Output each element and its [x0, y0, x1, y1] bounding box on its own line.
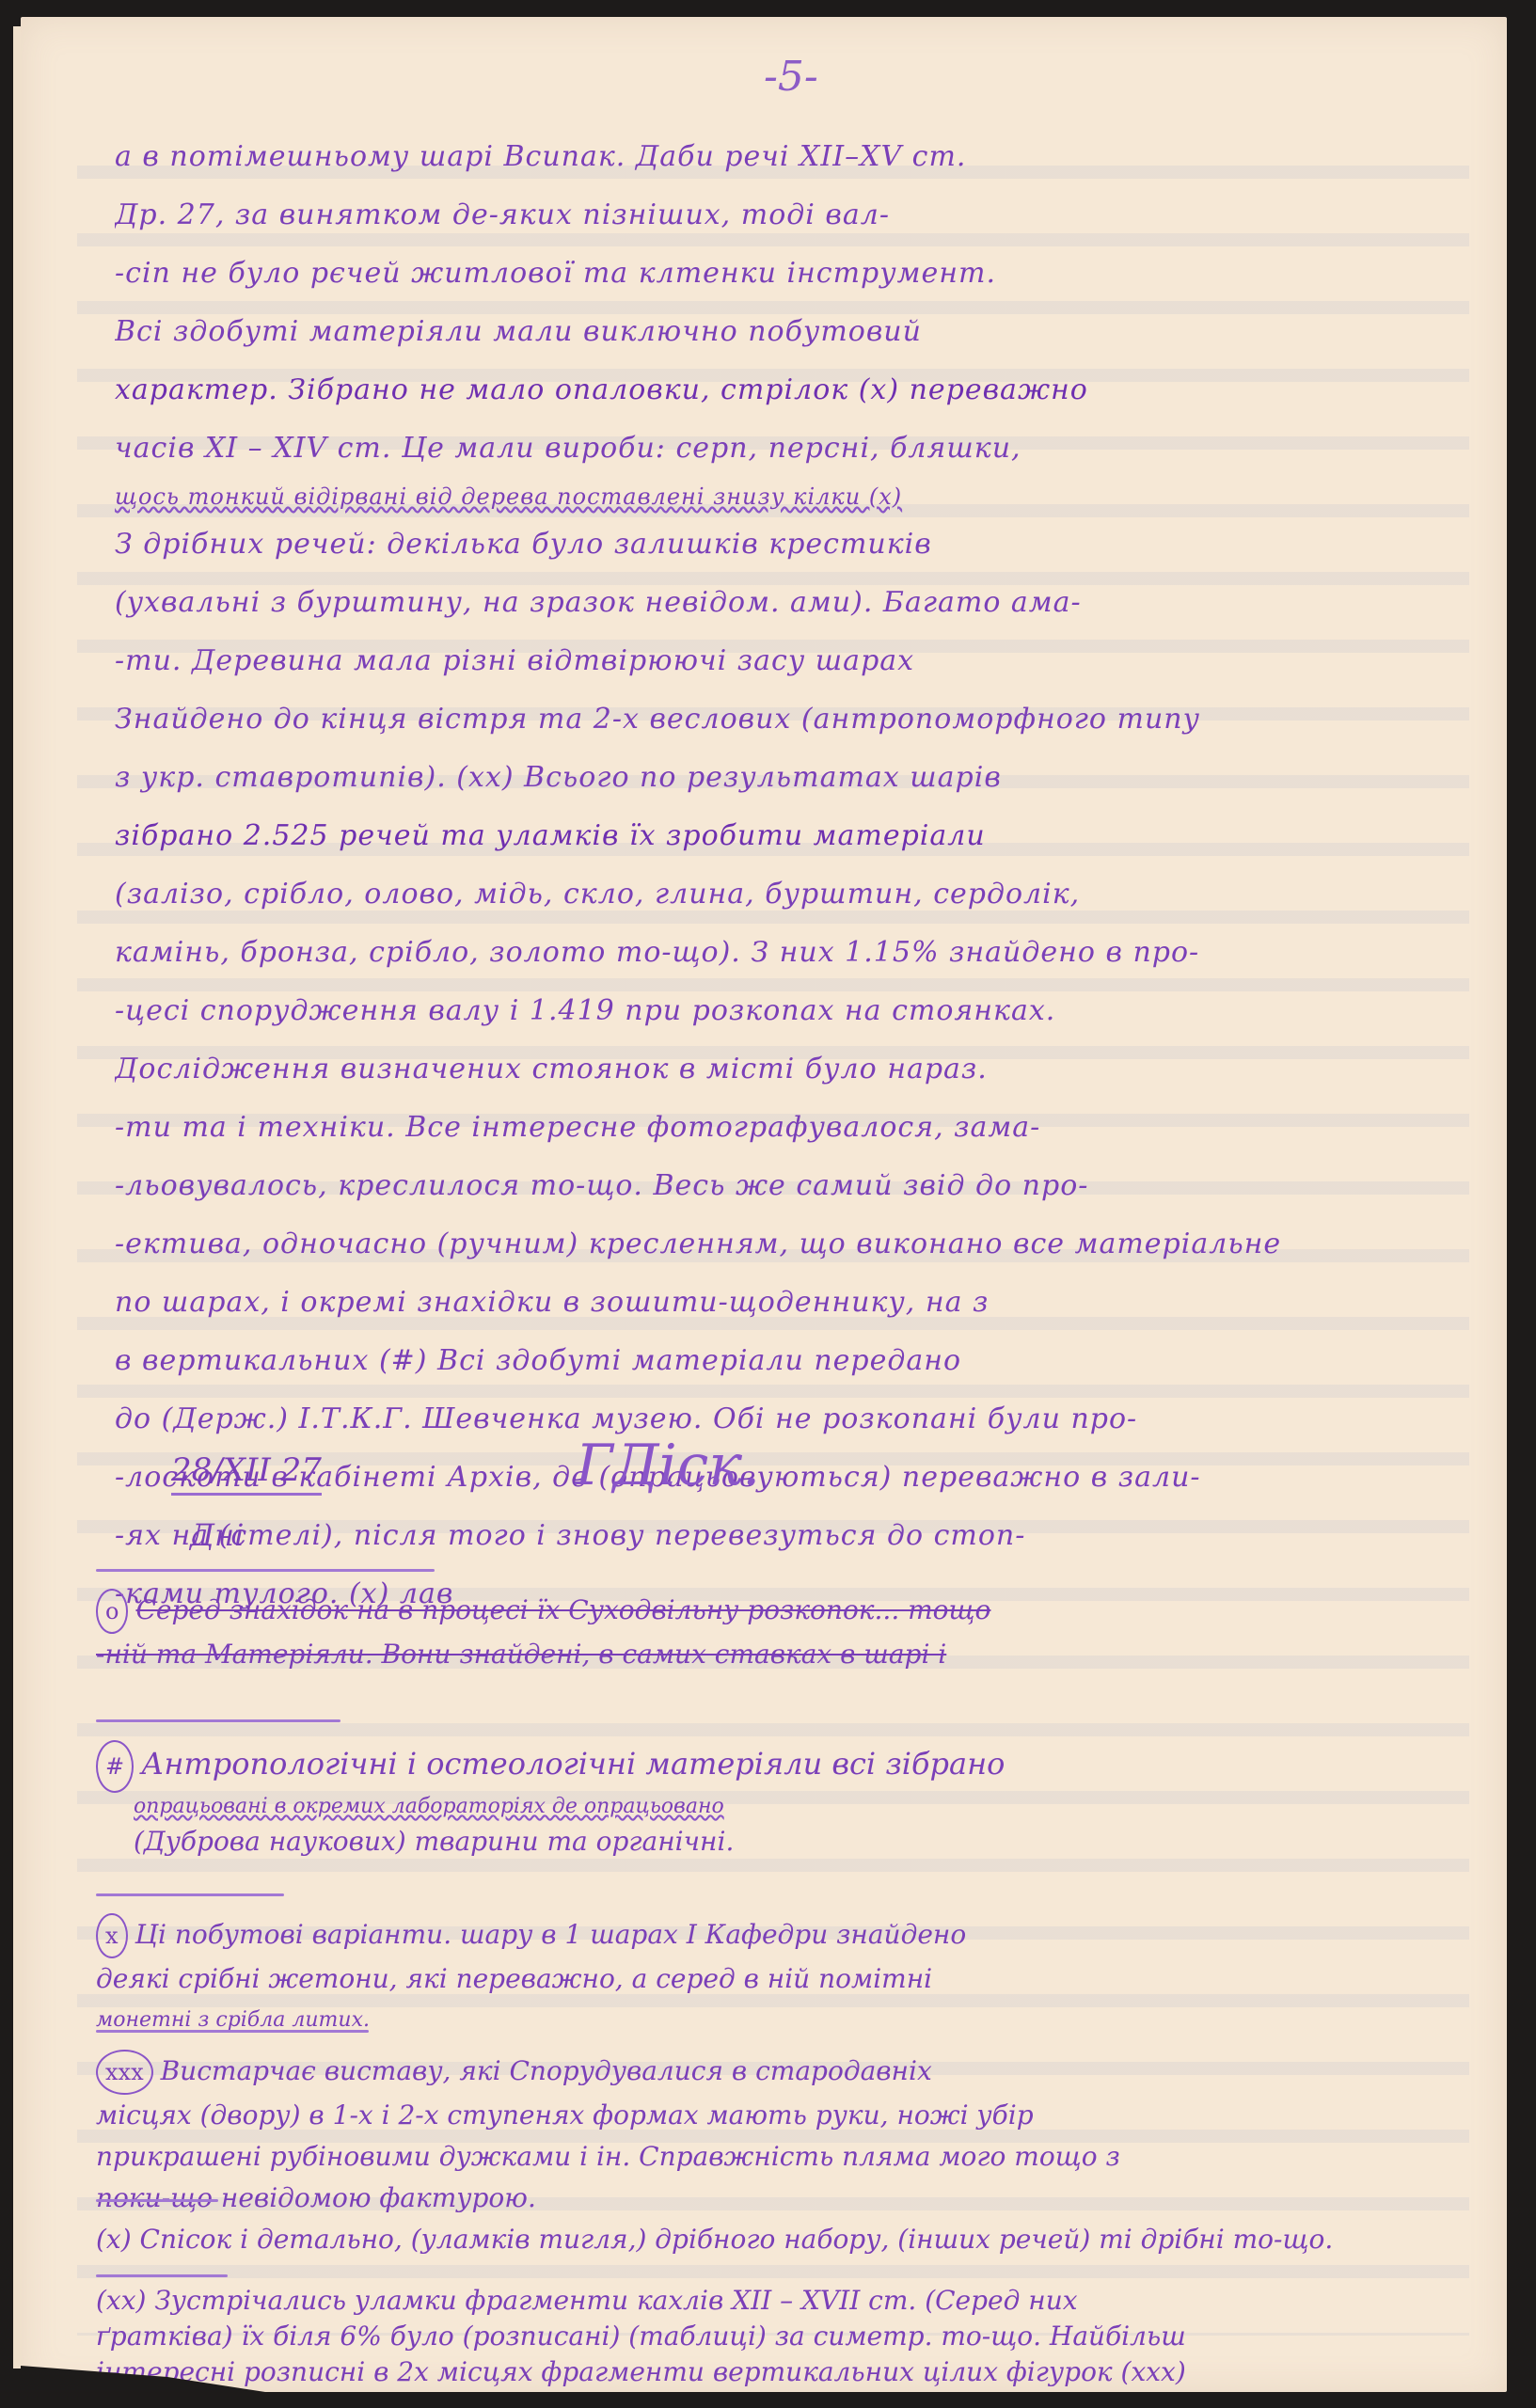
inserted-line: щось тонкий відірвані від дерева поставл… — [115, 478, 1488, 515]
date: 28/XII 27 — [171, 1451, 322, 1496]
body-line: часів XI – XIV ст. Це мали вироби: серп,… — [115, 420, 1488, 478]
divider — [96, 2199, 218, 2202]
divider — [96, 1569, 435, 1572]
footnote-x-list: (x) Спісок і детально, (уламків тигля,) … — [96, 2199, 1469, 2260]
body-line: (залізо, срібло, олово, мідь, скло, глин… — [115, 865, 1488, 924]
divider — [96, 1893, 284, 1896]
body-line: З дрібних речей: декілька було залишків … — [115, 515, 1488, 574]
body-line: камінь, бронза, срібло, золото то-що). З… — [115, 924, 1488, 982]
footnote-line: (xx) Зустрічались уламки фрагменти кахлі… — [96, 2283, 1469, 2319]
footnote-x: xЦі побутові варіанти. шару в 1 шарах I … — [96, 1893, 1469, 2041]
footnote-line: опрацьовані в окремих лабораторіях де оп… — [96, 1793, 1469, 1821]
body-line: -ти та і техніки. Все інтересне фотограф… — [115, 1099, 1488, 1157]
body-line: -ектива, одночасно (ручним) кресленням, … — [115, 1215, 1488, 1274]
body-line: а в потімешньому шарі Всипак. Даби речі … — [115, 128, 1488, 186]
divider — [96, 2274, 228, 2277]
body-text: а в потімешньому шарі Всипак. Даби речі … — [115, 128, 1488, 1624]
body-line: в вертикальних (#) Всі здобуті матеріали… — [115, 1332, 1488, 1390]
body-line: до (Держ.) І.Т.К.Г. Шевченка музею. Обі … — [115, 1390, 1488, 1449]
footnote-line: -ній та Матеріяли. Вони знайдені, в сами… — [96, 1634, 1469, 1675]
manuscript-page: -5- а в потімешньому шарі Всипак. Даби р… — [21, 17, 1507, 2392]
footnote-line: місцях (двору) в 1-х і 2-х ступенях форм… — [96, 2095, 1469, 2136]
body-line: Дослідження визначених стоянок в місті б… — [115, 1040, 1488, 1099]
body-line: Знайдено до кінця вістря та 2-х веслових… — [115, 690, 1488, 749]
footnote-line: деякі срібні жетони, які переважно, а се… — [96, 1958, 1469, 2000]
footnote-text: Вистарчає виставу, які Спорудувалися в с… — [161, 2055, 932, 2086]
body-line: -ти. Деревина мала різні відтвірюючі зас… — [115, 632, 1488, 690]
body-line: характер. Зібрано не мало опаловки, стрі… — [115, 361, 1488, 420]
footnote-line: інтересні розписні в 2х місцях фрагменти… — [96, 2354, 1469, 2390]
footnote-xx: (xx) Зустрічались уламки фрагменти кахлі… — [96, 2274, 1469, 2390]
footnote-line: ґратківа) їх біля 6% було (розписані) (т… — [96, 2319, 1469, 2354]
body-line: по шарах, і окремі знахідки в зошити-щод… — [115, 1274, 1488, 1332]
body-line: Всі здобуті матеріяли мали виключно побу… — [115, 303, 1488, 361]
footnote-text: Серед знахідок на в процесі їх Суходвіль… — [135, 1594, 990, 1625]
footnote-marker: xxx — [96, 2050, 153, 2095]
body-line: Др. 27, за винятком де-яких пізніших, то… — [115, 186, 1488, 245]
signature: ГДіск. — [576, 1433, 760, 1498]
body-line: -цесі спорудження валу і 1.419 при розко… — [115, 982, 1488, 1040]
footnote-hash: #Антропологічні і остеологічні матеріяли… — [96, 1719, 1469, 1862]
body-line: -сіп не було рєчей житлової та клтенки і… — [115, 245, 1488, 303]
footnote-text: Ці побутові варіанти. шару в 1 шарах I К… — [135, 1919, 967, 1950]
footnote-line: xЦі побутові варіанти. шару в 1 шарах I … — [96, 1913, 1469, 1958]
divider — [96, 1719, 340, 1722]
body-line: з укр. ставротипів). (xx) Всього по резу… — [115, 749, 1488, 807]
place-initials: Дні — [190, 1517, 244, 1553]
footnote-line: (Дуброва наукових) тварини та органічні. — [96, 1821, 1469, 1862]
footnote-line: прикрашені рубіновими дужками і ін. Спра… — [96, 2136, 1469, 2178]
footnote-line: oСеред знахідок на в процесі їх Суходвіл… — [96, 1589, 1469, 1634]
divider — [96, 2030, 369, 2033]
footnote-text: Антропологічні і остеологічні матеріяли … — [141, 1746, 1005, 1782]
footnote-marker: # — [96, 1740, 134, 1793]
footnote-crossed: oСеред знахідок на в процесі їх Суходвіл… — [96, 1569, 1469, 1675]
body-line: зібрано 2.525 речей та уламків їх зробит… — [115, 807, 1488, 865]
page-number: -5- — [764, 53, 818, 101]
footnote-line: #Антропологічні і остеологічні матеріяли… — [96, 1739, 1469, 1793]
footnote-marker: o — [96, 1589, 128, 1634]
footnote-xxx: xxxВистарчає виставу, які Спорудувалися … — [96, 2030, 1469, 2219]
body-line: -льовувалось, креслилося то-що. Весь же … — [115, 1157, 1488, 1215]
footnote-line: xxxВистарчає виставу, які Спорудувалися … — [96, 2050, 1469, 2095]
body-line: (ухвальні з бурштину, на зразок невідом.… — [115, 574, 1488, 632]
footnote-marker: x — [96, 1913, 128, 1958]
footnote-line: (x) Спісок і детально, (уламків тигля,) … — [96, 2219, 1469, 2260]
